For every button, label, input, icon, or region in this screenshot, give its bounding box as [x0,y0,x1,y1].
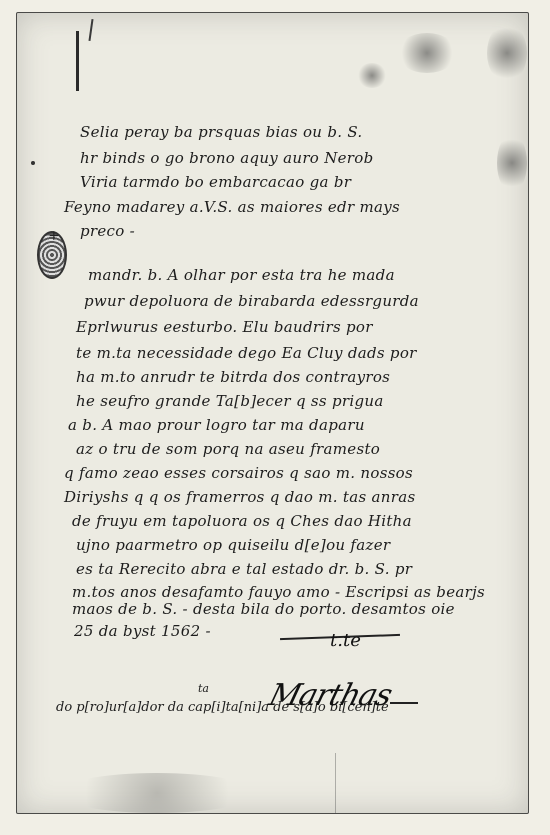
text-line-5: preco - [80,222,135,240]
margin-mark [76,31,79,91]
sender-superscript: ta [198,682,209,695]
ink-stain [487,23,527,83]
date-line: 25 da byst 1562 - [74,622,211,640]
margin-mark [88,19,93,41]
margin-dot [31,161,35,165]
ink-stain [357,63,387,88]
ink-stain [497,133,527,193]
text-line-8: Eprlwurus eesturbo. Elu baudrirs por [76,318,373,336]
text-line-10: ha m.to anrudr te bitrda dos contrayros [76,368,390,386]
signature-flourish [390,702,418,704]
text-line-20: maos de b. S. - desta bila do porto. des… [72,600,455,618]
ink-stain [57,773,257,813]
text-line-3: Viria tarmdo bo embarcacao ga br [80,173,351,191]
text-line-6: mandr. b. A olhar por esta tra he mada [88,266,395,284]
signature: t.te Marthas [270,630,470,740]
text-line-14: q famo zeao esses corsairos q sao m. nos… [64,464,413,482]
text-line-12: a b. A mao prour logro tar ma daparu [68,416,365,434]
text-line-2: hr binds o go brono aquy auro Nerob [80,149,374,167]
text-line-13: az o tru de som porq na aseu framesto [76,440,380,458]
text-line-7: pwur depoluora de birabarda edessrgurda [84,292,419,310]
text-line-9: te m.ta necessidade dego Ea Cluy dads po… [76,344,417,362]
fold-line [335,753,336,813]
ink-stain [397,33,457,73]
plus-mark-icon: + [48,228,60,244]
text-line-18: es ta Rerecito abra e tal estado dr. b. … [76,560,412,578]
text-line-19: m.tos anos desafamto fauyo amo - Escrips… [72,583,485,601]
text-line-1: Selia peray ba prsquas bias ou b. S. [80,123,362,141]
text-line-15: Diriyshs q q os framerros q dao m. tas a… [64,488,415,506]
signature-rubric: t.te [330,630,361,651]
text-line-11: he seufro grande Ta[b]ecer q ss prigua [76,392,384,410]
text-line-4: Feyno madarey a.V.S. as maiores edr mays [64,198,400,216]
text-line-17: ujno paarmetro op quiseilu d[e]ou fazer [76,536,390,554]
text-line-16: de fruyu em tapoluora os q Ches dao Hith… [72,512,412,530]
signature-name: Marthas [265,678,395,713]
